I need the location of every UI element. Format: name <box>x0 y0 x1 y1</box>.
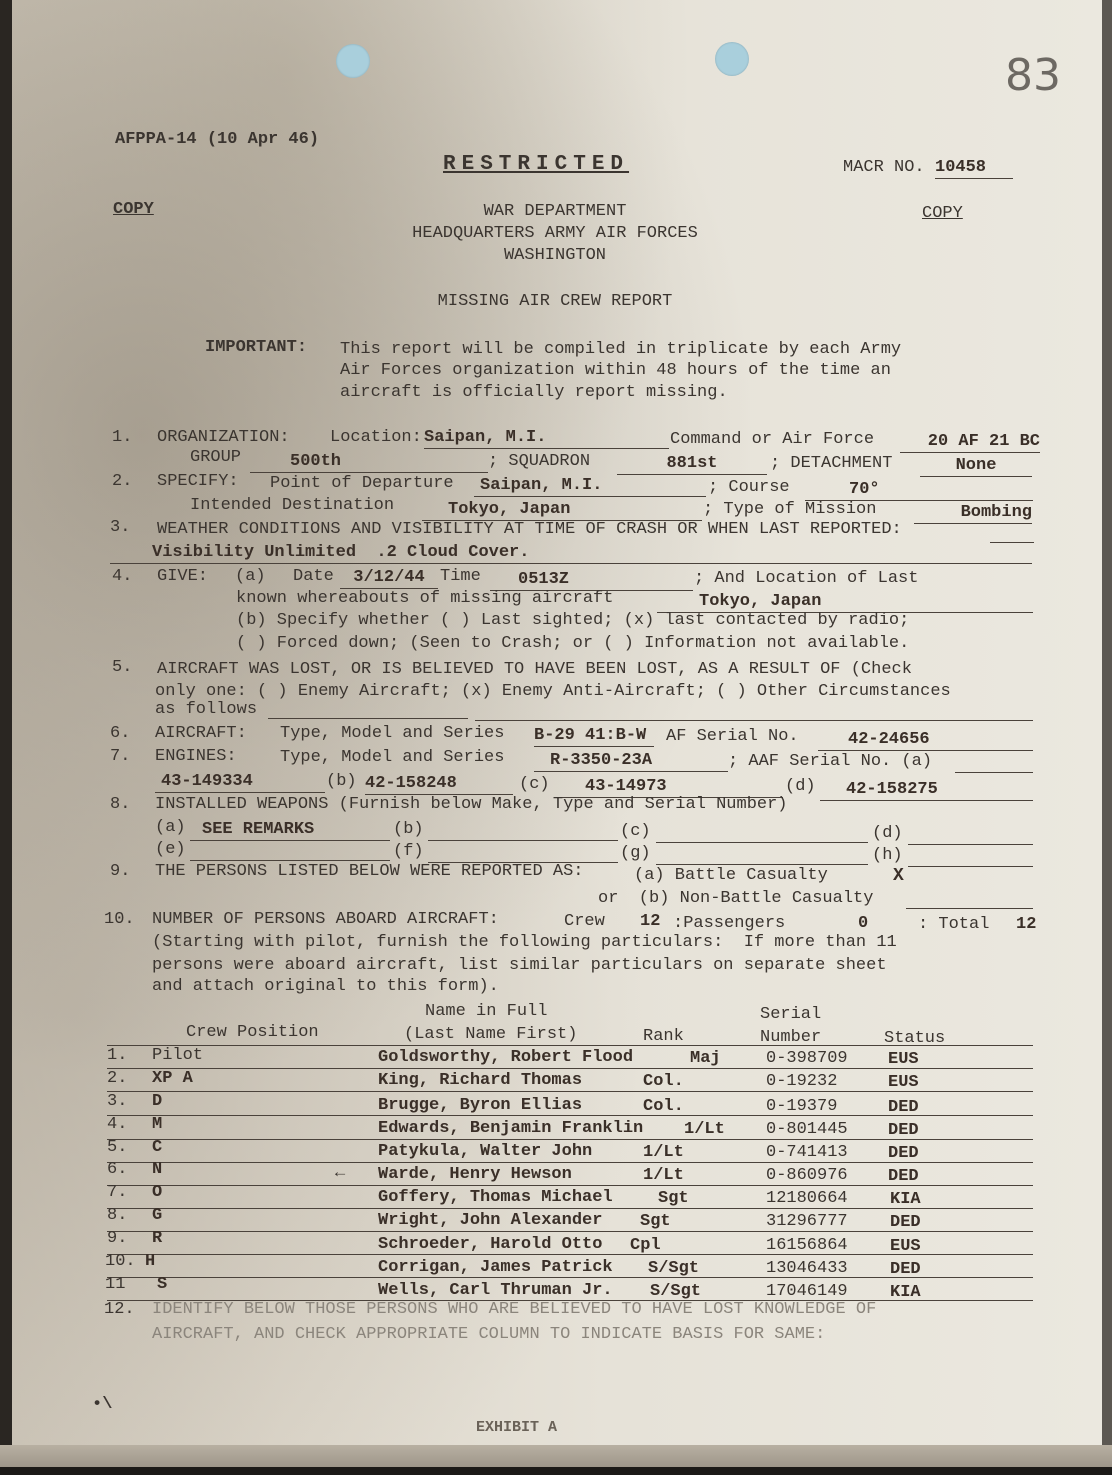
exhibit-label: EXHIBIT A <box>476 1418 557 1438</box>
s1-group-label: GROUP <box>190 448 241 468</box>
s8-weapon-c <box>656 842 868 843</box>
s4-time-value: 0513Z <box>490 570 693 591</box>
s9-battle-casualty-mark: X <box>893 866 904 886</box>
row-name: Brugge, Byron Ellias <box>378 1096 582 1116</box>
row-rule <box>107 1068 1033 1069</box>
s2-mission-label: ; Type of Mission <box>703 500 876 520</box>
s10-note2: persons were aboard aircraft, list simil… <box>152 956 887 976</box>
row-name: Schroeder, Harold Otto <box>378 1235 602 1255</box>
row-rank: 1/Lt <box>643 1143 684 1163</box>
s7-line-a <box>955 772 1033 773</box>
important-line1: This report will be compiled in triplica… <box>340 340 901 360</box>
copy-right: COPY <box>922 204 963 224</box>
s7-label: ENGINES: <box>155 747 237 767</box>
arrow-mark: ← <box>335 1164 345 1184</box>
s6-series-value: B-29 41:B-W <box>534 726 654 747</box>
s5-line-a <box>268 718 468 719</box>
s1-label: ORGANIZATION: <box>157 428 290 448</box>
s9-b-label: or (b) Non-Battle Casualty <box>598 889 873 909</box>
s10-label: NUMBER OF PERSONS ABOARD AIRCRAFT: <box>152 910 499 930</box>
row-position: C <box>152 1138 162 1158</box>
row-num: 3. <box>107 1092 127 1112</box>
row-num: 10. <box>105 1252 136 1272</box>
row-status: EUS <box>888 1050 919 1070</box>
page-number: 83 <box>1005 66 1061 86</box>
s4-b-line2: ( ) Forced down; (Seen to Crash; or ( ) … <box>236 634 909 654</box>
row-name: Wells, Carl Thruman Jr. <box>378 1281 613 1301</box>
s2-course-label: ; Course <box>708 478 790 498</box>
s3-label: WEATHER CONDITIONS AND VISIBILITY AT TIM… <box>157 520 902 540</box>
s6-series-label: Type, Model and Series <box>280 724 504 744</box>
s8-h-label: (h) <box>872 846 903 866</box>
s3-num: 3. <box>110 518 130 538</box>
row-rank: Maj <box>690 1049 721 1069</box>
s7-num: 7. <box>110 747 130 767</box>
s10-crew-value: 12 <box>640 912 660 932</box>
s8-f-label: (f) <box>393 842 424 862</box>
row-serial: 0-19232 <box>766 1072 837 1092</box>
row-serial: 12180664 <box>766 1189 848 1209</box>
row-rank: Sgt <box>658 1189 689 1209</box>
s7-series-label: Type, Model and Series <box>280 748 504 768</box>
row-rule <box>107 1254 1033 1255</box>
row-num: 4. <box>107 1115 127 1135</box>
s10-note1: (Starting with pilot, furnish the follow… <box>152 933 897 953</box>
s12-line1: IDENTIFY BELOW THOSE PERSONS WHO ARE BEL… <box>152 1300 876 1320</box>
s2-departure-label: Point of Departure <box>270 474 454 494</box>
row-status: DED <box>888 1121 919 1141</box>
s1-detachment-label: ; DETACHMENT <box>770 454 892 474</box>
row-name: Goldsworthy, Robert Flood <box>378 1048 633 1068</box>
s1-location-label: Location: <box>330 428 422 448</box>
macr-number: 10458 <box>935 158 1013 179</box>
row-rule <box>107 1162 1033 1163</box>
s8-c-label: (c) <box>620 822 651 842</box>
s5-line-b <box>475 720 1033 721</box>
s2-num: 2. <box>112 472 132 492</box>
s9-b-line <box>906 908 1033 909</box>
row-position: M <box>152 1115 162 1135</box>
punch-hole-left <box>336 44 370 78</box>
s5-line3: as follows <box>155 700 257 720</box>
row-rank: Sgt <box>640 1212 671 1232</box>
s10-total-label: : Total <box>918 915 989 935</box>
row-num: 7. <box>107 1183 127 1203</box>
table-header-rule <box>107 1045 1033 1046</box>
important-line2: Air Forces organization within 48 hours … <box>340 361 891 381</box>
copy-left: COPY <box>113 200 154 220</box>
page-edge <box>1102 0 1112 1448</box>
s4-date-label: Date <box>293 567 334 587</box>
row-position: G <box>152 1206 162 1226</box>
row-name: Warde, Henry Hewson <box>378 1165 572 1185</box>
s8-weapon-a: SEE REMARKS <box>190 820 390 841</box>
row-name: Corrigan, James Patrick <box>378 1258 613 1278</box>
s6-label: AIRCRAFT: <box>155 724 247 744</box>
s4-whereabouts-value: Tokyo, Japan <box>657 592 1033 613</box>
row-num: 6. <box>107 1160 127 1180</box>
s8-a-label: (a) <box>155 818 186 838</box>
s3-value: Visibility Unlimited .2 Cloud Cover. <box>110 543 1032 564</box>
row-rule <box>107 1185 1033 1186</box>
s8-d-label: (d) <box>872 824 903 844</box>
s6-serial-value: 42-24656 <box>818 730 1033 751</box>
s12-num: 12. <box>104 1300 135 1320</box>
row-rank: Col. <box>643 1072 684 1092</box>
s9-label: THE PERSONS LISTED BELOW WERE REPORTED A… <box>155 862 583 882</box>
row-serial: 31296777 <box>766 1212 848 1232</box>
s4-label: GIVE: <box>157 567 208 587</box>
s8-weapon-b <box>428 840 618 841</box>
row-status: DED <box>888 1167 919 1187</box>
classification: RESTRICTED <box>443 155 629 175</box>
s6-serial-label: AF Serial No. <box>666 727 799 747</box>
s4-num: 4. <box>112 567 132 587</box>
s8-weapon-e <box>190 860 390 861</box>
col-status: Status <box>884 1029 945 1049</box>
s5-line2: only one: ( ) Enemy Aircraft; (x) Enemy … <box>155 682 951 702</box>
col-name-top: Name in Full <box>425 1002 547 1022</box>
row-position: N <box>152 1160 162 1180</box>
row-rule <box>107 1115 1033 1116</box>
punch-hole-right <box>715 42 749 76</box>
row-rule <box>107 1231 1033 1232</box>
s10-passengers-value: 0 <box>858 914 868 934</box>
s1-num: 1. <box>112 428 132 448</box>
s2-departure-value: Saipan, M.I. <box>474 476 706 497</box>
col-name-bottom: (Last Name First) <box>404 1025 577 1045</box>
s1-squadron-value: 881st <box>617 454 767 475</box>
s2-destination-label: Intended Destination <box>190 496 394 516</box>
row-status: KIA <box>890 1190 921 1210</box>
s8-b-label: (b) <box>393 820 424 840</box>
s4-whereabouts-label: known whereabouts of missing aircraft <box>236 589 613 609</box>
row-num: 8. <box>107 1206 127 1226</box>
s1-group-value: 500th <box>250 452 488 473</box>
row-name: King, Richard Thomas <box>378 1071 582 1091</box>
s4-time-label: Time <box>440 567 481 587</box>
row-position: D <box>152 1092 162 1112</box>
s10-total-value: 12 <box>1016 915 1036 935</box>
row-status: EUS <box>888 1073 919 1093</box>
row-rule <box>107 1139 1033 1140</box>
s7-serial-label: ; AAF Serial No. (a) <box>728 752 932 772</box>
row-rank: S/Sgt <box>648 1259 699 1279</box>
s9-a-label: (a) Battle Casualty <box>634 866 828 886</box>
header-line2: HEADQUARTERS ARMY AIR FORCES <box>360 224 750 244</box>
row-serial: 13046433 <box>766 1259 848 1279</box>
s7-d-label: (d) <box>785 777 816 797</box>
row-name: Wright, John Alexander <box>378 1211 602 1231</box>
header-line1: WAR DEPARTMENT <box>360 202 750 222</box>
row-num: 9. <box>107 1229 127 1249</box>
important-line3: aircraft is officially report missing. <box>340 383 728 403</box>
s8-e-label: (e) <box>155 840 186 860</box>
s10-crew-label: Crew <box>564 912 605 932</box>
col-serial-top: Serial <box>760 1005 821 1025</box>
s7-b-label: (b) <box>326 772 357 792</box>
row-num: 11 <box>105 1275 125 1295</box>
row-position: H <box>145 1252 155 1272</box>
s7-engine-b: 42-158248 <box>365 774 513 795</box>
s8-weapon-g <box>656 864 868 865</box>
s10-passengers-label: :Passengers <box>673 914 785 934</box>
s8-weapon-h <box>908 866 1033 867</box>
macr-label: MACR NO. <box>843 158 925 178</box>
row-position: S <box>157 1275 167 1295</box>
s1-location-value: Saipan, M.I. <box>424 428 669 449</box>
row-serial: 0-19379 <box>766 1097 837 1117</box>
s8-label: INSTALLED WEAPONS (Furnish below Make, T… <box>155 795 788 815</box>
col-position: Crew Position <box>186 1023 319 1043</box>
stray-mark: •\ <box>92 1395 112 1415</box>
row-name: Edwards, Benjamin Franklin <box>378 1119 643 1139</box>
row-serial: 17046149 <box>766 1282 848 1302</box>
row-position: O <box>152 1183 162 1203</box>
row-num: 1. <box>107 1046 127 1066</box>
s4-b-line1: (b) Specify whether ( ) Last sighted; (x… <box>236 611 909 631</box>
s10-note3: and attach original to this form). <box>152 977 499 997</box>
row-rank: Col. <box>643 1097 684 1117</box>
s1-command-value: 20 AF 21 BC <box>900 432 1040 453</box>
row-name: Patykula, Walter John <box>378 1142 592 1162</box>
row-name: Goffery, Thomas Michael <box>378 1188 613 1208</box>
row-rank: 1/Lt <box>643 1166 684 1186</box>
header-line3: WASHINGTON <box>360 246 750 266</box>
s8-num: 8. <box>110 795 130 815</box>
s1-command-label: Command or Air Force <box>670 430 874 450</box>
row-rank: 1/Lt <box>684 1120 725 1140</box>
col-rank: Rank <box>643 1027 684 1047</box>
s7-engine-a: 43-149334 <box>155 772 325 793</box>
s5-num: 5. <box>112 658 132 678</box>
page-bottom-edge <box>0 1467 1112 1475</box>
row-position: Pilot <box>152 1046 203 1066</box>
row-status: DED <box>888 1144 919 1164</box>
row-position: R <box>152 1229 162 1249</box>
s1-detachment-value: None <box>920 456 1032 477</box>
s7-series-value: R-3350-23A <box>534 751 728 772</box>
s1-squadron-label: ; SQUADRON <box>488 452 590 472</box>
form-id: AFPPA-14 (10 Apr 46) <box>115 130 319 150</box>
row-serial: 0-801445 <box>766 1120 848 1140</box>
s5-line1: AIRCRAFT WAS LOST, OR IS BELIEVED TO HAV… <box>157 660 912 680</box>
s4-location-label: ; And Location of Last <box>694 569 918 589</box>
row-status: DED <box>890 1213 921 1233</box>
s9-num: 9. <box>110 862 130 882</box>
s2-label: SPECIFY: <box>157 472 239 492</box>
row-serial: 0-860976 <box>766 1166 848 1186</box>
row-rank: Cpl <box>630 1236 661 1256</box>
s2-destination-value: Tokyo, Japan <box>422 500 702 521</box>
row-num: 2. <box>107 1069 127 1089</box>
s8-g-label: (g) <box>620 844 651 864</box>
row-rule <box>107 1208 1033 1209</box>
report-title: MISSING AIR CREW REPORT <box>360 292 750 312</box>
page-bottom-strip <box>0 1445 1112 1467</box>
s2-course-value: 70° <box>805 480 1033 501</box>
row-rule <box>107 1277 1033 1278</box>
row-rule <box>107 1091 1033 1092</box>
s6-num: 6. <box>110 724 130 744</box>
s4-date-value: 3/12/44 <box>340 568 438 589</box>
row-position: XP A <box>152 1069 193 1089</box>
row-serial: 16156864 <box>766 1236 848 1256</box>
row-serial: 0-741413 <box>766 1143 848 1163</box>
s4-a-label: (a) <box>235 567 266 587</box>
s10-num: 10. <box>104 910 135 930</box>
s8-weapon-d <box>908 844 1033 845</box>
row-rank: S/Sgt <box>650 1282 701 1302</box>
s12-line2: AIRCRAFT, AND CHECK APPROPRIATE COLUMN T… <box>152 1325 825 1345</box>
important-label: IMPORTANT: <box>205 338 307 358</box>
s2-mission-value: Bombing <box>914 503 1032 524</box>
s7-c-label: (c) <box>519 775 550 795</box>
row-serial: 0-398709 <box>766 1049 848 1069</box>
row-num: 5. <box>107 1138 127 1158</box>
s7-engine-d: 42-158275 <box>820 780 1033 801</box>
